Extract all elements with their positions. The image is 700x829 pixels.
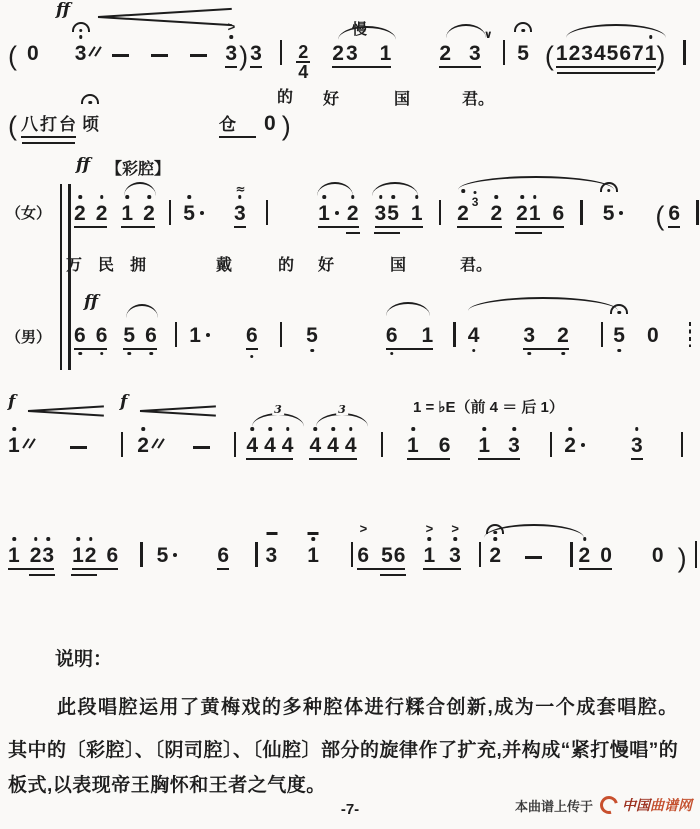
slur xyxy=(468,297,618,311)
grace-note: 3 xyxy=(472,197,479,208)
dynamic-marking: f xyxy=(8,392,15,412)
dynamic-marking: f xyxy=(120,392,127,412)
octave-dot-high xyxy=(100,195,104,199)
site-logo-icon xyxy=(597,793,622,818)
site-name: 曲谱网 xyxy=(650,795,692,815)
beam-group: 12 xyxy=(121,203,154,230)
note: 3 xyxy=(631,435,643,462)
beam-group: 12345671 xyxy=(556,43,657,70)
voice-label: （男） xyxy=(6,326,51,347)
note: 2 xyxy=(137,435,149,462)
note: 5 xyxy=(381,545,393,566)
dynamic-marking: ff xyxy=(84,292,98,312)
note: 5 xyxy=(306,325,318,352)
octave-dot-high xyxy=(453,537,457,541)
beam-group: 444 xyxy=(309,435,356,462)
note: 1 xyxy=(318,203,339,224)
triplet-bracket: 3 xyxy=(316,413,368,427)
octave-dot-high xyxy=(411,427,415,431)
note: 3 xyxy=(508,435,520,456)
slur xyxy=(566,24,666,38)
note: 0 xyxy=(652,545,664,572)
barline xyxy=(351,542,354,567)
slur xyxy=(338,26,396,40)
barline xyxy=(570,542,573,567)
note: 3 xyxy=(42,545,54,566)
triplet-number: 3 xyxy=(272,405,284,415)
slur xyxy=(372,182,418,196)
augmentation-dot xyxy=(173,553,177,557)
beam-group: 23∨ xyxy=(439,43,480,70)
beam-group: 216 xyxy=(516,203,564,230)
octave-dot-low xyxy=(149,352,153,356)
note: 6 xyxy=(386,325,398,346)
octave-dot-low xyxy=(310,349,314,353)
lyric: 拥 xyxy=(130,252,146,275)
note: 5 xyxy=(157,545,178,572)
crescendo-hairpin-icon xyxy=(140,402,216,418)
barline xyxy=(121,432,124,457)
duration-dash xyxy=(151,54,168,57)
notes-heading: 说明： xyxy=(55,644,112,671)
barline xyxy=(503,40,506,65)
octave-dot-high xyxy=(34,537,38,541)
parenthesis: ( xyxy=(8,114,17,139)
time-numerator: 2 xyxy=(296,44,310,63)
slur xyxy=(317,182,353,196)
barline xyxy=(280,322,283,347)
octave-dot-low xyxy=(128,352,132,356)
octave-dot-high xyxy=(230,35,234,39)
note: 2 xyxy=(557,325,569,346)
augmentation-dot xyxy=(335,211,339,215)
accent-icon: > xyxy=(360,523,368,535)
octave-dot-high xyxy=(520,195,524,199)
note: 6 xyxy=(96,325,108,346)
tremolo-icon xyxy=(88,46,101,58)
parenthesis: ) xyxy=(282,114,291,139)
fermata-icon xyxy=(72,22,90,32)
slur xyxy=(386,302,430,316)
note: 2 xyxy=(516,203,528,224)
note: 4 xyxy=(264,435,276,456)
note: 6 xyxy=(217,545,229,572)
fermata-icon xyxy=(81,94,99,104)
octave-dot-high xyxy=(428,537,432,541)
note: 2 xyxy=(569,43,581,64)
octave-dot-high xyxy=(483,427,487,431)
beam-group: 13 xyxy=(478,435,519,462)
note: 0 xyxy=(264,113,276,140)
barline xyxy=(266,200,269,225)
octave-dot-high xyxy=(268,427,272,431)
octave-dot-high xyxy=(47,537,51,541)
note: 6 xyxy=(246,325,258,352)
note: 6 xyxy=(619,43,631,64)
note: 1 xyxy=(72,545,84,566)
note: 6 xyxy=(145,325,157,346)
barline xyxy=(140,542,143,567)
accent-icon: > xyxy=(451,523,459,535)
note: 6 xyxy=(553,203,565,224)
key-signature: 1 = ♭E（前 4 ＝ 后 1） xyxy=(413,396,564,417)
octave-dot-low xyxy=(528,352,532,356)
note: 2 xyxy=(490,203,502,224)
octave-dot-high xyxy=(331,427,335,431)
note: 4 xyxy=(282,435,294,456)
lyric: 好 xyxy=(323,86,339,109)
note: 1> xyxy=(423,545,435,566)
duration-dash xyxy=(190,54,207,57)
beam-group: 123 xyxy=(8,545,54,572)
notes-line: 其中的〔彩腔〕、〔阴司腔〕、〔仙腔〕部分的旋律作了扩充,并构成“紧打慢唱”的 xyxy=(8,735,678,762)
note: 5 xyxy=(183,203,204,230)
note: 0 xyxy=(27,43,39,70)
lyric: 国 xyxy=(390,252,406,275)
barline xyxy=(255,542,258,567)
duration-dash xyxy=(70,446,87,449)
octave-dot-high xyxy=(141,427,145,431)
note: 1 xyxy=(411,203,423,224)
octave-dot-high xyxy=(311,537,315,541)
octave-dot-high xyxy=(495,195,499,199)
duration-dash xyxy=(525,556,542,559)
note: 1 xyxy=(478,435,490,456)
note: 4 xyxy=(327,435,339,456)
beam-group: 12 xyxy=(318,203,358,230)
note: 3 xyxy=(581,43,593,64)
octave-dot-high xyxy=(512,427,516,431)
note: 2 xyxy=(74,203,86,224)
beam-group: 6>56 xyxy=(357,545,405,572)
beam-group: 20 xyxy=(579,545,612,572)
note: 1 xyxy=(645,43,657,64)
fermata-icon xyxy=(514,22,532,32)
triplet-number: 3 xyxy=(336,405,348,415)
octave-dot-low xyxy=(390,352,394,356)
mordent-icon: ≈ xyxy=(235,183,244,195)
slur xyxy=(126,304,158,318)
augmentation-dot xyxy=(619,211,623,215)
note: 2 xyxy=(143,203,155,224)
parenthesis: ( xyxy=(545,44,554,69)
octave-dot-high xyxy=(188,195,192,199)
beam-group: 66 xyxy=(74,325,107,352)
note: 3 xyxy=(75,43,87,70)
note: 2 xyxy=(489,545,501,572)
tremolo-icon xyxy=(22,438,35,450)
notes-line: 此段唱腔运用了黄梅戏的多种腔体进行糅合创新,成为一个成套唱腔。 xyxy=(57,692,679,719)
octave-dot-low xyxy=(618,349,622,353)
note: 5 xyxy=(517,43,529,70)
slur xyxy=(446,24,486,38)
time-denominator: 4 xyxy=(298,63,308,80)
duration-dash xyxy=(193,446,210,449)
note: 6 xyxy=(106,545,118,566)
system-brace xyxy=(60,184,71,370)
tenuto-icon xyxy=(308,532,319,535)
note: 4 xyxy=(468,325,480,352)
beam-group: 61 xyxy=(386,325,433,352)
octave-dot-high xyxy=(76,537,80,541)
note: 3≈ xyxy=(234,203,246,230)
barline xyxy=(381,432,384,457)
note: 5 xyxy=(613,325,625,352)
note: 4 xyxy=(594,43,606,64)
beam-group: 231 xyxy=(332,43,391,70)
barline xyxy=(683,40,686,65)
site-name-cn: 中国 xyxy=(622,795,650,815)
note: 3 xyxy=(523,325,535,346)
barline xyxy=(550,432,553,457)
barline xyxy=(681,432,684,457)
beam-group: 444 xyxy=(246,435,293,462)
slur xyxy=(458,176,614,190)
tenuto-icon xyxy=(266,532,277,535)
note: 23 xyxy=(457,197,478,224)
watermark-text: 本曲谱上传于 xyxy=(515,796,593,815)
percussion-syllable: 打 xyxy=(40,115,57,134)
notation-row: (八打台顷仓0) xyxy=(8,106,291,140)
note: 3 xyxy=(266,545,278,572)
note: 4 xyxy=(246,435,258,456)
duration-dash xyxy=(112,54,129,57)
octave-dot-high xyxy=(314,427,318,431)
note: 7 xyxy=(632,43,644,64)
barline xyxy=(453,322,456,347)
octave-dot-high xyxy=(12,427,16,431)
note: 3> xyxy=(225,43,237,70)
percussion-syllable: 台 xyxy=(59,115,76,134)
voice-label: （女） xyxy=(6,202,51,223)
note: 2 xyxy=(579,545,591,566)
note: 6 xyxy=(439,435,451,456)
lyric: 好 xyxy=(318,252,334,275)
notation-row: 12312656316>561>3>2200) xyxy=(8,538,700,572)
note: 2 xyxy=(439,43,451,64)
beam-group: 32 xyxy=(523,325,568,352)
note: 1 xyxy=(121,203,133,224)
dynamic-marking: ff xyxy=(56,0,70,20)
octave-dot-low xyxy=(78,352,82,356)
note: 1 xyxy=(380,43,392,64)
note: 4 xyxy=(345,435,357,456)
note: 2 xyxy=(332,43,344,64)
note: 0 xyxy=(600,545,612,566)
octave-dot-high xyxy=(78,195,82,199)
beam-group: 16 xyxy=(407,435,450,462)
barline xyxy=(175,322,178,347)
octave-dot-high xyxy=(89,537,93,541)
note: 1 xyxy=(8,435,20,462)
watermark: 本曲谱上传于 中国 曲谱网 xyxy=(515,795,692,815)
percussion-syllable: 顷 xyxy=(82,115,99,140)
note: 1 xyxy=(422,325,434,346)
parenthesis: ) xyxy=(239,44,248,69)
crescendo-hairpin-icon xyxy=(98,8,232,24)
barline xyxy=(601,322,604,347)
note: 5 xyxy=(123,325,135,346)
note: 4 xyxy=(309,435,321,456)
note: 5 xyxy=(387,203,399,224)
parenthesis: ) xyxy=(678,546,687,571)
beam-group: 八打台 xyxy=(21,115,76,140)
note: 0 xyxy=(647,325,659,352)
note: 6 xyxy=(668,203,680,230)
octave-dot-high xyxy=(12,537,16,541)
beam-group: 351 xyxy=(375,203,423,230)
barline xyxy=(580,200,583,225)
notation-row: 221253≈123512322165(6 xyxy=(74,196,699,230)
note: 3 xyxy=(375,203,387,224)
octave-dot-high xyxy=(533,195,537,199)
lyric: 君。 xyxy=(462,86,494,109)
beam-group: 仓 xyxy=(219,115,256,140)
lyric: 戴 xyxy=(216,252,232,275)
barline xyxy=(280,40,283,65)
tremolo-icon xyxy=(151,438,164,450)
note: 1 xyxy=(307,545,319,572)
dashed-barline xyxy=(689,322,692,347)
lyric: 的 xyxy=(278,252,294,275)
note: 6 xyxy=(74,325,86,346)
time-signature: 24 xyxy=(296,44,310,80)
octave-dot-low xyxy=(250,355,254,359)
octave-dot-low xyxy=(100,352,104,356)
note: 1 xyxy=(556,43,568,64)
octave-dot-high xyxy=(635,427,639,431)
triplet-bracket: 3 xyxy=(252,413,304,427)
beam-group: 232 xyxy=(457,197,502,230)
note: 2 xyxy=(347,203,359,224)
octave-dot-high xyxy=(569,427,573,431)
note: 3> xyxy=(449,545,461,566)
final-barline xyxy=(695,541,700,568)
percussion-syllable: 仓 xyxy=(219,115,256,134)
section-label: 【彩腔】 xyxy=(106,156,170,179)
beam-group: 22 xyxy=(74,203,107,230)
octave-dot-high xyxy=(251,427,255,431)
barline xyxy=(696,200,699,225)
note: 6 xyxy=(394,545,406,566)
octave-dot-high xyxy=(474,191,477,194)
slur xyxy=(124,182,156,196)
crescendo-hairpin-icon xyxy=(28,402,104,418)
note: 5 xyxy=(607,43,619,64)
note: 3 xyxy=(346,43,358,64)
notes-line: 板式,以表现帝王胸怀和王者之气度。 xyxy=(8,770,326,797)
octave-dot-low xyxy=(472,349,476,353)
octave-dot-high xyxy=(286,427,290,431)
lyric: 民 xyxy=(98,252,114,275)
beam-group: 56 xyxy=(123,325,156,352)
note: 1 xyxy=(407,435,419,456)
lyric: 国 xyxy=(394,86,410,109)
beam-group: 1>3> xyxy=(423,545,460,572)
barline xyxy=(234,432,237,457)
parenthesis: ( xyxy=(655,204,664,229)
percussion-syllable: 八 xyxy=(21,115,38,134)
note: 1 xyxy=(8,545,20,566)
augmentation-dot xyxy=(206,333,210,337)
note: 1 xyxy=(189,325,210,352)
dynamic-marking: ff xyxy=(76,155,90,175)
augmentation-dot xyxy=(200,211,204,215)
note: 2 xyxy=(564,435,585,462)
augmentation-dot xyxy=(581,443,585,447)
note: 2 xyxy=(85,545,97,566)
lyric: 的 xyxy=(277,84,293,107)
note: 3 xyxy=(250,43,262,70)
parenthesis: ( xyxy=(8,44,17,69)
note: 5 xyxy=(603,203,624,230)
note: 6> xyxy=(357,545,369,566)
notation-row: (033>)32423123∨5(12345671) xyxy=(8,36,686,70)
note: 2 xyxy=(96,203,108,224)
notation-row: 66561656143250 xyxy=(74,318,691,352)
parenthesis: ) xyxy=(656,44,665,69)
score-page: (033>)32423123∨5(12345671)(八打台顷仓0)ff慢的好国… xyxy=(0,0,700,829)
accent-icon: > xyxy=(426,523,434,535)
octave-dot-high xyxy=(349,427,353,431)
note: 1 xyxy=(529,203,541,224)
note: 3∨ xyxy=(469,43,481,64)
barline xyxy=(439,200,442,225)
octave-dot-high xyxy=(79,35,83,39)
notation-row: 12444444161323 xyxy=(8,428,683,462)
barline xyxy=(169,200,172,225)
lyric: 君。 xyxy=(460,252,492,275)
beam-group: 126 xyxy=(72,545,118,572)
barline xyxy=(479,542,482,567)
note: 2 xyxy=(30,545,42,566)
octave-dot-low xyxy=(561,352,565,356)
